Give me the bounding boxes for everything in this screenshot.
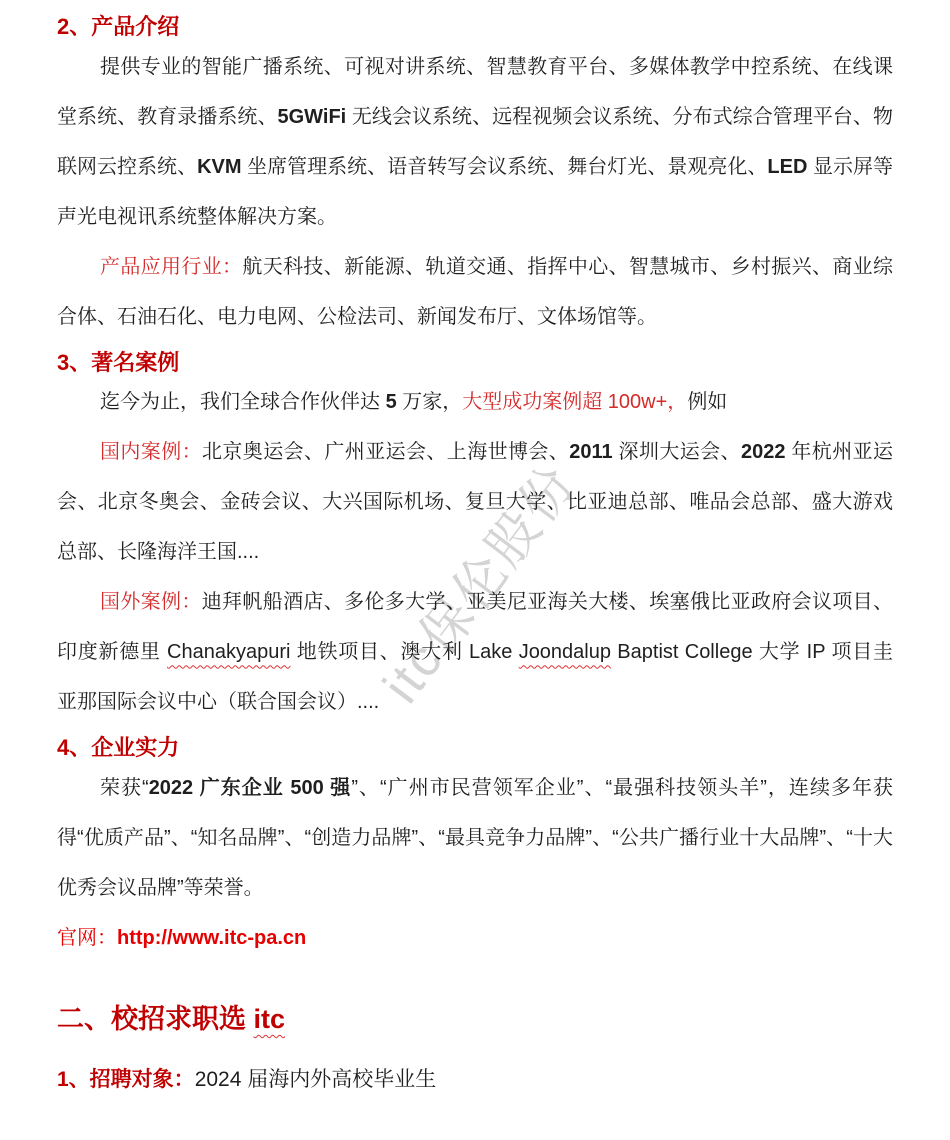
heading-text: 3、著名案例	[57, 350, 179, 375]
text-run: 二、校招求职选	[57, 1004, 254, 1034]
text-run: 坐席管理系统、语音转写会议系统、舞台灯光、景观亮化、	[242, 156, 768, 178]
text-run: 例如	[687, 391, 727, 413]
paragraph-application-industries: 产品应用行业：航天科技、新能源、轨道交通、指挥中心、智慧城市、乡村振兴、商业综合…	[57, 242, 893, 342]
text-run: KVM	[197, 156, 241, 178]
text-run: 5	[386, 391, 397, 413]
document-content: 2、产品介绍 提供专业的智能广播系统、可视对讲系统、智慧教育平台、多媒体教学中控…	[0, 0, 950, 1095]
paragraph-recruit-target: 1、招聘对象：2024 届海内外高校毕业生	[57, 1065, 893, 1095]
text-run: 2022	[741, 441, 786, 463]
paragraph-global-partners: 迄今为止，我们全球合作伙伴达 5 万家，大型成功案例超 100w+，例如	[57, 377, 893, 427]
text-run: 2011	[569, 441, 612, 463]
text-run: 地铁项目、澳大利 Lake	[290, 641, 518, 663]
heading-product-intro: 2、产品介绍	[57, 12, 893, 42]
text-run: 深圳大运会、	[613, 441, 741, 463]
heading-enterprise-strength: 4、企业实力	[57, 733, 893, 763]
label-website: 官网：	[57, 927, 117, 949]
heading-famous-cases: 3、著名案例	[57, 348, 893, 378]
heading-text: 4、企业实力	[57, 735, 179, 760]
heading-text: 2、产品介绍	[57, 14, 179, 39]
document-page: itc保伦股份 2、产品介绍 提供专业的智能广播系统、可视对讲系统、智慧教育平台…	[0, 0, 950, 1140]
label-industries: 产品应用行业：	[100, 256, 242, 278]
text-run: 5GWiFi	[278, 106, 347, 128]
label-overseas-cases: 国外案例：	[100, 591, 202, 613]
brand-name: itc	[254, 1004, 286, 1034]
paragraph-honors: 荣获“2022 广东企业 500 强”、“广州市民营领军企业”、“最强科技领头羊…	[57, 763, 893, 913]
spellcheck-word: Chanakyapuri	[167, 641, 290, 663]
heading-campus-recruiting: 二、校招求职选 itc	[57, 1001, 893, 1037]
text-run: 北京奥运会、广州亚运会、上海世博会、	[202, 441, 569, 463]
text-run: 荣获“	[100, 777, 149, 799]
label-recruit-target: 1、招聘对象：	[57, 1068, 195, 1091]
text-run: LED	[767, 156, 807, 178]
text-run: 2024 届海内外高校毕业生	[195, 1068, 437, 1091]
text-run: 迄今为止，我们全球合作伙伴达	[100, 391, 386, 413]
highlight-case-count: 大型成功案例超 100w+，	[462, 391, 687, 413]
paragraph-product-description: 提供专业的智能广播系统、可视对讲系统、智慧教育平台、多媒体教学中控系统、在线课堂…	[57, 42, 893, 242]
label-domestic-cases: 国内案例：	[100, 441, 202, 463]
paragraph-website: 官网：http://www.itc-pa.cn	[57, 913, 893, 963]
text-run: 万家，	[397, 391, 463, 413]
spellcheck-word: Joondalup	[519, 641, 611, 663]
paragraph-domestic-cases: 国内案例：北京奥运会、广州亚运会、上海世博会、2011 深圳大运会、2022 年…	[57, 427, 893, 577]
paragraph-overseas-cases: 国外案例：迪拜帆船酒店、多伦多大学、亚美尼亚海关大楼、埃塞俄比亚政府会议项目、印…	[57, 577, 893, 727]
website-link[interactable]: http://www.itc-pa.cn	[117, 927, 306, 949]
text-run: 2022 广东企业 500 强	[149, 777, 352, 799]
